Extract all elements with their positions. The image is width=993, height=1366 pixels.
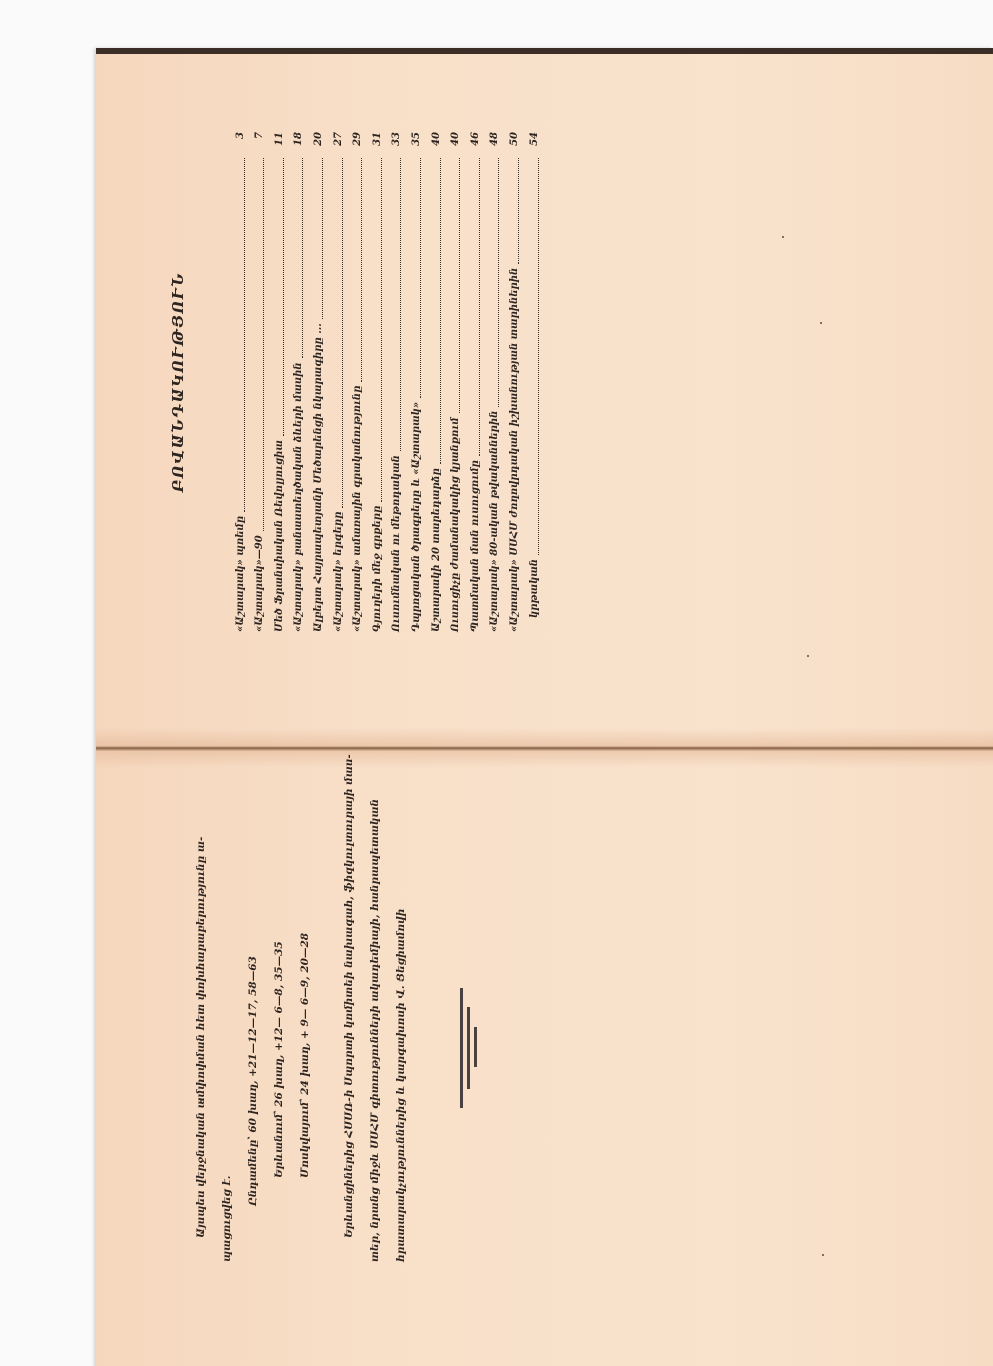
closing-rule-ornament-line-1 (460, 988, 463, 1108)
toc-entry[interactable]: «Աշտարակ» երգերը27 (326, 132, 346, 632)
toc-entry[interactable]: Գյուղերի մեջ գրքերը31 (365, 132, 385, 632)
dot-leader (381, 158, 382, 502)
dot-leader (440, 158, 441, 464)
dot-leader (538, 158, 539, 555)
scan-speck (807, 655, 809, 657)
toc-entry-label: Դպրոցական ծրագրերը և «Աշտարակ» (410, 398, 424, 632)
toc-entry-page: 27 (332, 132, 346, 158)
toc-entry[interactable]: Դպրոցական ծրագրերը և «Աշտարակ»35 (404, 132, 424, 632)
toc-entry-label: Ուսուցիչը ժամանակակից կյանքում (449, 413, 463, 632)
toc-entry-page: 35 (410, 132, 424, 158)
toc-entry-label: Ուսումնական ու մեթոդական (390, 451, 404, 632)
toc-list: «Աշտարակ» պոեմը3 «Աշտարակ»—907 Մեծ Ֆրանս… (228, 132, 542, 632)
toc-entry[interactable]: Պատմական ման ուսուցումը46 (463, 132, 483, 632)
toc-entry-label: «Աշտարակ» 80-ական թվականներին (488, 407, 502, 632)
toc-entry[interactable]: «Աշտարակ» ՍՍՀՄ ժողովրդական իշխանության տ… (502, 132, 522, 632)
dot-leader (283, 158, 284, 436)
score-line-total: Ընդամենը՝ 60 խաղ, +21—12—17, 58—63 (240, 782, 266, 1262)
toc-entry-label: Պատմական ման ուսուցումը (469, 456, 483, 632)
toc-entry-label: «Աշտարակ» բանաստեղծական ձևերի մասին (292, 358, 306, 632)
body-line: հրատարակչություններից և կարգախոսի Վ. Ցեց… (388, 782, 414, 1262)
dot-leader (479, 158, 480, 456)
toc-entry-label: Գյուղերի մեջ գրքերը (371, 502, 385, 632)
dot-leader (361, 158, 362, 382)
score-line-moscow: Մոսկվայում՝ 24 խաղ, + 9— 6—9, 20—28 (292, 782, 318, 1262)
toc-entry-label: «Աշտարակ» երգերը (332, 508, 346, 632)
toc-entry-page: 46 (469, 132, 483, 158)
toc-entry-label: «Աշտարակ» պոեմը (234, 512, 248, 632)
dot-leader (263, 158, 264, 531)
toc-entry[interactable]: կրթական54 (522, 132, 542, 632)
toc-entry-page: 33 (390, 132, 404, 158)
toc-entry-label: «Աշտարակ»—90 (253, 531, 267, 632)
dot-leader (342, 158, 343, 508)
toc-entry-page: 40 (430, 132, 444, 158)
table-of-contents: ԲՈՎԱՆԴԱԿՈՒԹՅՈՒՆ «Աշտարակ» պոեմը3 «Աշտարա… (168, 132, 542, 632)
toc-entry-page: 48 (488, 132, 502, 158)
toc-entry[interactable]: «Աշտարակ» ամառային գրականությունը29 (346, 132, 366, 632)
spacer (318, 782, 336, 1262)
closing-rule-ornament-line-2 (467, 1007, 470, 1089)
closing-rule-ornament-line-3 (474, 1027, 477, 1067)
toc-entry-page: 3 (234, 132, 248, 158)
toc-entry-label: կրթական (528, 555, 542, 618)
toc-entry-page: 54 (528, 132, 542, 158)
toc-entry[interactable]: «Աշտարակ»—907 (248, 132, 268, 632)
toc-entry-label: Մեծ Ֆրանսիական Ռեվոլյուցիա (273, 436, 287, 632)
dot-leader (322, 158, 323, 319)
dot-leader (498, 158, 499, 407)
dot-leader (244, 158, 245, 512)
toc-entry[interactable]: Ուսուցիչը ժամանակակից կյանքում40 (444, 132, 464, 632)
dot-leader (420, 158, 421, 398)
toc-entry-page: 40 (449, 132, 463, 158)
toc-entry[interactable]: Աշտարակի 20 տարեդարձը40 (424, 132, 444, 632)
dot-leader (518, 158, 519, 264)
toc-entry[interactable]: Մեծ Ֆրանսիական Ռեվոլյուցիա11 (267, 132, 287, 632)
scan-speck (200, 1100, 202, 1102)
left-page-text: Այսպես վերջնական ամփոփման հետ փոխհարաբեր… (188, 782, 414, 1262)
toc-entry-page: 11 (273, 132, 287, 158)
toc-entry[interactable]: Ուսումնական ու մեթոդական33 (385, 132, 405, 632)
body-line: Երևանցիներից ՀՍՍՌ-ի Սպորտի կոմիտեի նախագ… (336, 782, 362, 1262)
toc-entry[interactable]: «Աշտարակ» պոեմը3 (228, 132, 248, 632)
toc-entry-page: 31 (371, 132, 385, 158)
toc-entry-page: 20 (312, 132, 326, 158)
toc-entry-label: «Աշտարակ» ամառային գրականությունը (351, 382, 365, 632)
dot-leader (459, 158, 460, 413)
body-line: տեր, նրանց միջև ՍՍՀՄ գիտությունների ակադ… (362, 782, 388, 1262)
toc-entry[interactable]: Ալբերտ Հայրապետյանի Մեծարենցի նկարագիրը … (306, 132, 326, 632)
dot-leader (302, 158, 303, 358)
toc-entry-page: 7 (253, 132, 267, 158)
toc-entry-label: «Աշտարակ» ՍՍՀՄ ժողովրդական իշխանության տ… (508, 264, 522, 632)
body-line: Այսպես վերջնական ամփոփման հետ փոխհարաբեր… (188, 782, 214, 1262)
toc-entry[interactable]: «Աշտարակ» 80-ական թվականներին48 (483, 132, 503, 632)
toc-entry-page: 50 (508, 132, 522, 158)
scan-speck (820, 322, 822, 324)
book-gutter (96, 728, 993, 768)
toc-entry-label: Ալբերտ Հայրապետյանի Մեծարենցի նկարագիրը … (312, 319, 326, 632)
dot-leader (400, 158, 401, 451)
toc-title: ԲՈՎԱՆԴԱԿՈՒԹՅՈՒՆ (168, 132, 188, 632)
scan-speck (822, 1254, 824, 1256)
body-line: պացուցվեց է. (214, 782, 240, 1262)
toc-entry-label: Աշտարակի 20 տարեդարձը (430, 464, 444, 632)
toc-entry[interactable]: «Աշտարակ» բանաստեղծական ձևերի մասին18 (287, 132, 307, 632)
toc-entry-page: 29 (351, 132, 365, 158)
score-line-yerevan: Երևանում՝ 26 խաղ, +12— 6—8, 35—35 (266, 782, 292, 1262)
toc-entry-page: 18 (292, 132, 306, 158)
scan-speck (782, 236, 784, 238)
